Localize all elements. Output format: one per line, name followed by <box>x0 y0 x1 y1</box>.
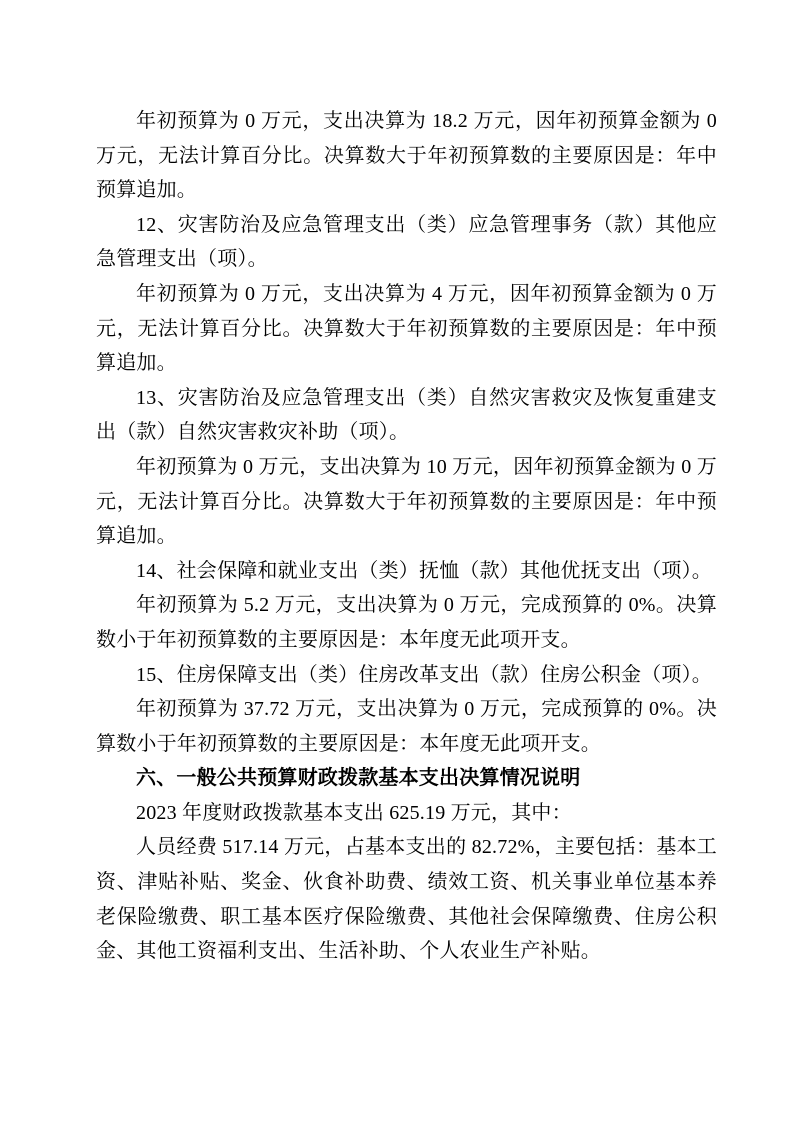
section-six-heading: 六、一般公共预算财政拨款基本支出决算情况说明 <box>96 761 717 796</box>
para-item11-budget-detail: 年初预算为 0 万元，支出决算为 18.2 万元，因年初预算金额为 0 万元，无… <box>96 104 717 208</box>
para-item14-title: 14、社会保障和就业支出（类）抚恤（款）其他优抚支出（项）。 <box>96 554 717 589</box>
para-2023-basic-expenditure-total: 2023 年度财政拨款基本支出 625.19 万元，其中： <box>96 796 717 831</box>
para-item14-budget-detail: 年初预算为 5.2 万元，支出决算为 0 万元，完成预算的 0%。决算数小于年初… <box>96 588 717 657</box>
para-personnel-expense-detail: 人员经费 517.14 万元，占基本支出的 82.72%，主要包括：基本工资、津… <box>96 830 717 968</box>
para-item15-budget-detail: 年初预算为 37.72 万元，支出决算为 0 万元，完成预算的 0%。决算数小于… <box>96 692 717 761</box>
para-item12-title: 12、灾害防治及应急管理支出（类）应急管理事务（款）其他应急管理支出（项）。 <box>96 208 717 277</box>
para-item13-budget-detail: 年初预算为 0 万元，支出决算为 10 万元，因年初预算金额为 0 万元，无法计… <box>96 450 717 554</box>
para-item12-budget-detail: 年初预算为 0 万元，支出决算为 4 万元，因年初预算金额为 0 万元，无法计算… <box>96 277 717 381</box>
document-page: 年初预算为 0 万元，支出决算为 18.2 万元，因年初预算金额为 0 万元，无… <box>0 0 793 1122</box>
page-content: 年初预算为 0 万元，支出决算为 18.2 万元，因年初预算金额为 0 万元，无… <box>96 104 717 969</box>
para-item13-title: 13、灾害防治及应急管理支出（类）自然灾害救灾及恢复重建支出（款）自然灾害救灾补… <box>96 381 717 450</box>
para-item15-title: 15、住房保障支出（类）住房改革支出（款）住房公积金（项）。 <box>96 658 717 693</box>
